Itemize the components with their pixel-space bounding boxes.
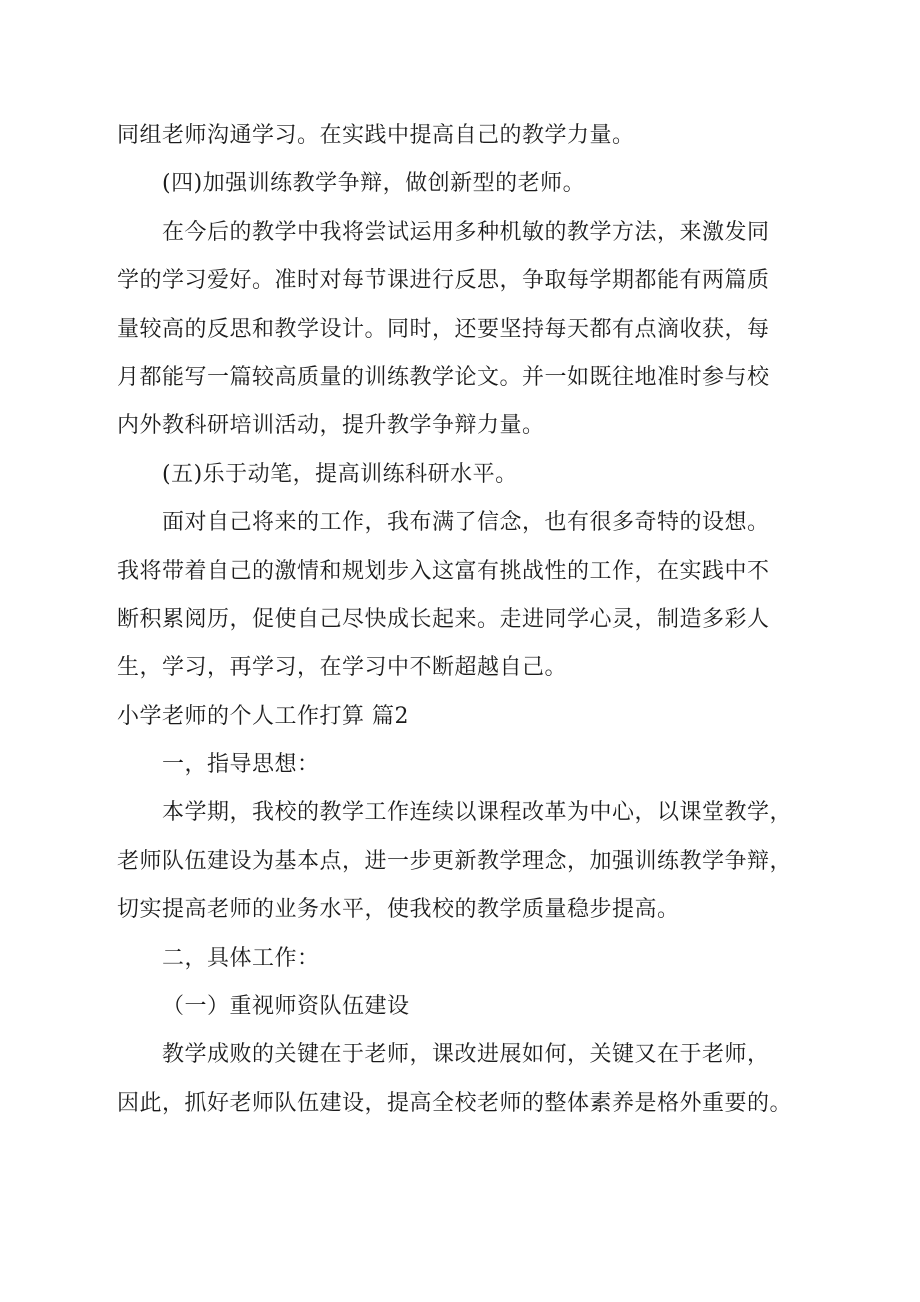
text-line: 内外教科研培训活动，提升教学争辩力量。 [117, 402, 877, 450]
text-line: 一，指导思想： [117, 741, 877, 789]
text-line: 生，学习，再学习，在学习中不断超越自己。 [117, 644, 877, 692]
text-line: (四)加强训练教学争辩，做创新型的老师。 [117, 160, 877, 208]
document-page: 同组老师沟通学习。在实践中提高自己的教学力量。(四)加强训练教学争辩，做创新型的… [0, 0, 920, 1302]
text-line: 我将带着自己的激情和规划步入这富有挑战性的工作，在实践中不 [117, 548, 877, 596]
document-text-block: 同组老师沟通学习。在实践中提高自己的教学力量。(四)加强训练教学争辩，做创新型的… [117, 112, 877, 1128]
text-line: 老师队伍建设为基本点，进一步更新教学理念，加强训练教学争辩， [117, 838, 877, 886]
text-line: 因此，抓好老师队伍建设，提高全校老师的整体素养是格外重要的。 [117, 1080, 877, 1128]
text-line: 断积累阅历，促使自己尽快成长起来。走进同学心灵，制造多彩人 [117, 596, 877, 644]
text-line: 月都能写一篇较高质量的训练教学论文。并一如既往地准时参与校 [117, 354, 877, 402]
text-line: （一）重视师资队伍建设 [117, 983, 877, 1031]
text-line: 本学期，我校的教学工作连续以课程改革为中心，以课堂教学， [117, 789, 877, 837]
text-line: (五)乐于动笔，提高训练科研水平。 [117, 451, 877, 499]
text-line: 二，具体工作： [117, 935, 877, 983]
text-line: 教学成败的关键在于老师，课改进展如何，关键又在于老师， [117, 1031, 877, 1079]
text-line: 量较高的反思和教学设计。同时，还要坚持每天都有点滴收获，每 [117, 306, 877, 354]
text-line: 同组老师沟通学习。在实践中提高自己的教学力量。 [117, 112, 877, 160]
article-title-line: 小学老师的个人工作打算 篇2 [117, 693, 877, 741]
text-line: 面对自己将来的工作，我布满了信念，也有很多奇特的设想。 [117, 499, 877, 547]
text-line: 在今后的教学中我将尝试运用多种机敏的教学方法，来激发同 [117, 209, 877, 257]
text-line: 切实提高老师的业务水平，使我校的教学质量稳步提高。 [117, 886, 877, 934]
text-line: 学的学习爱好。准时对每节课进行反思，争取每学期都能有两篇质 [117, 257, 877, 305]
